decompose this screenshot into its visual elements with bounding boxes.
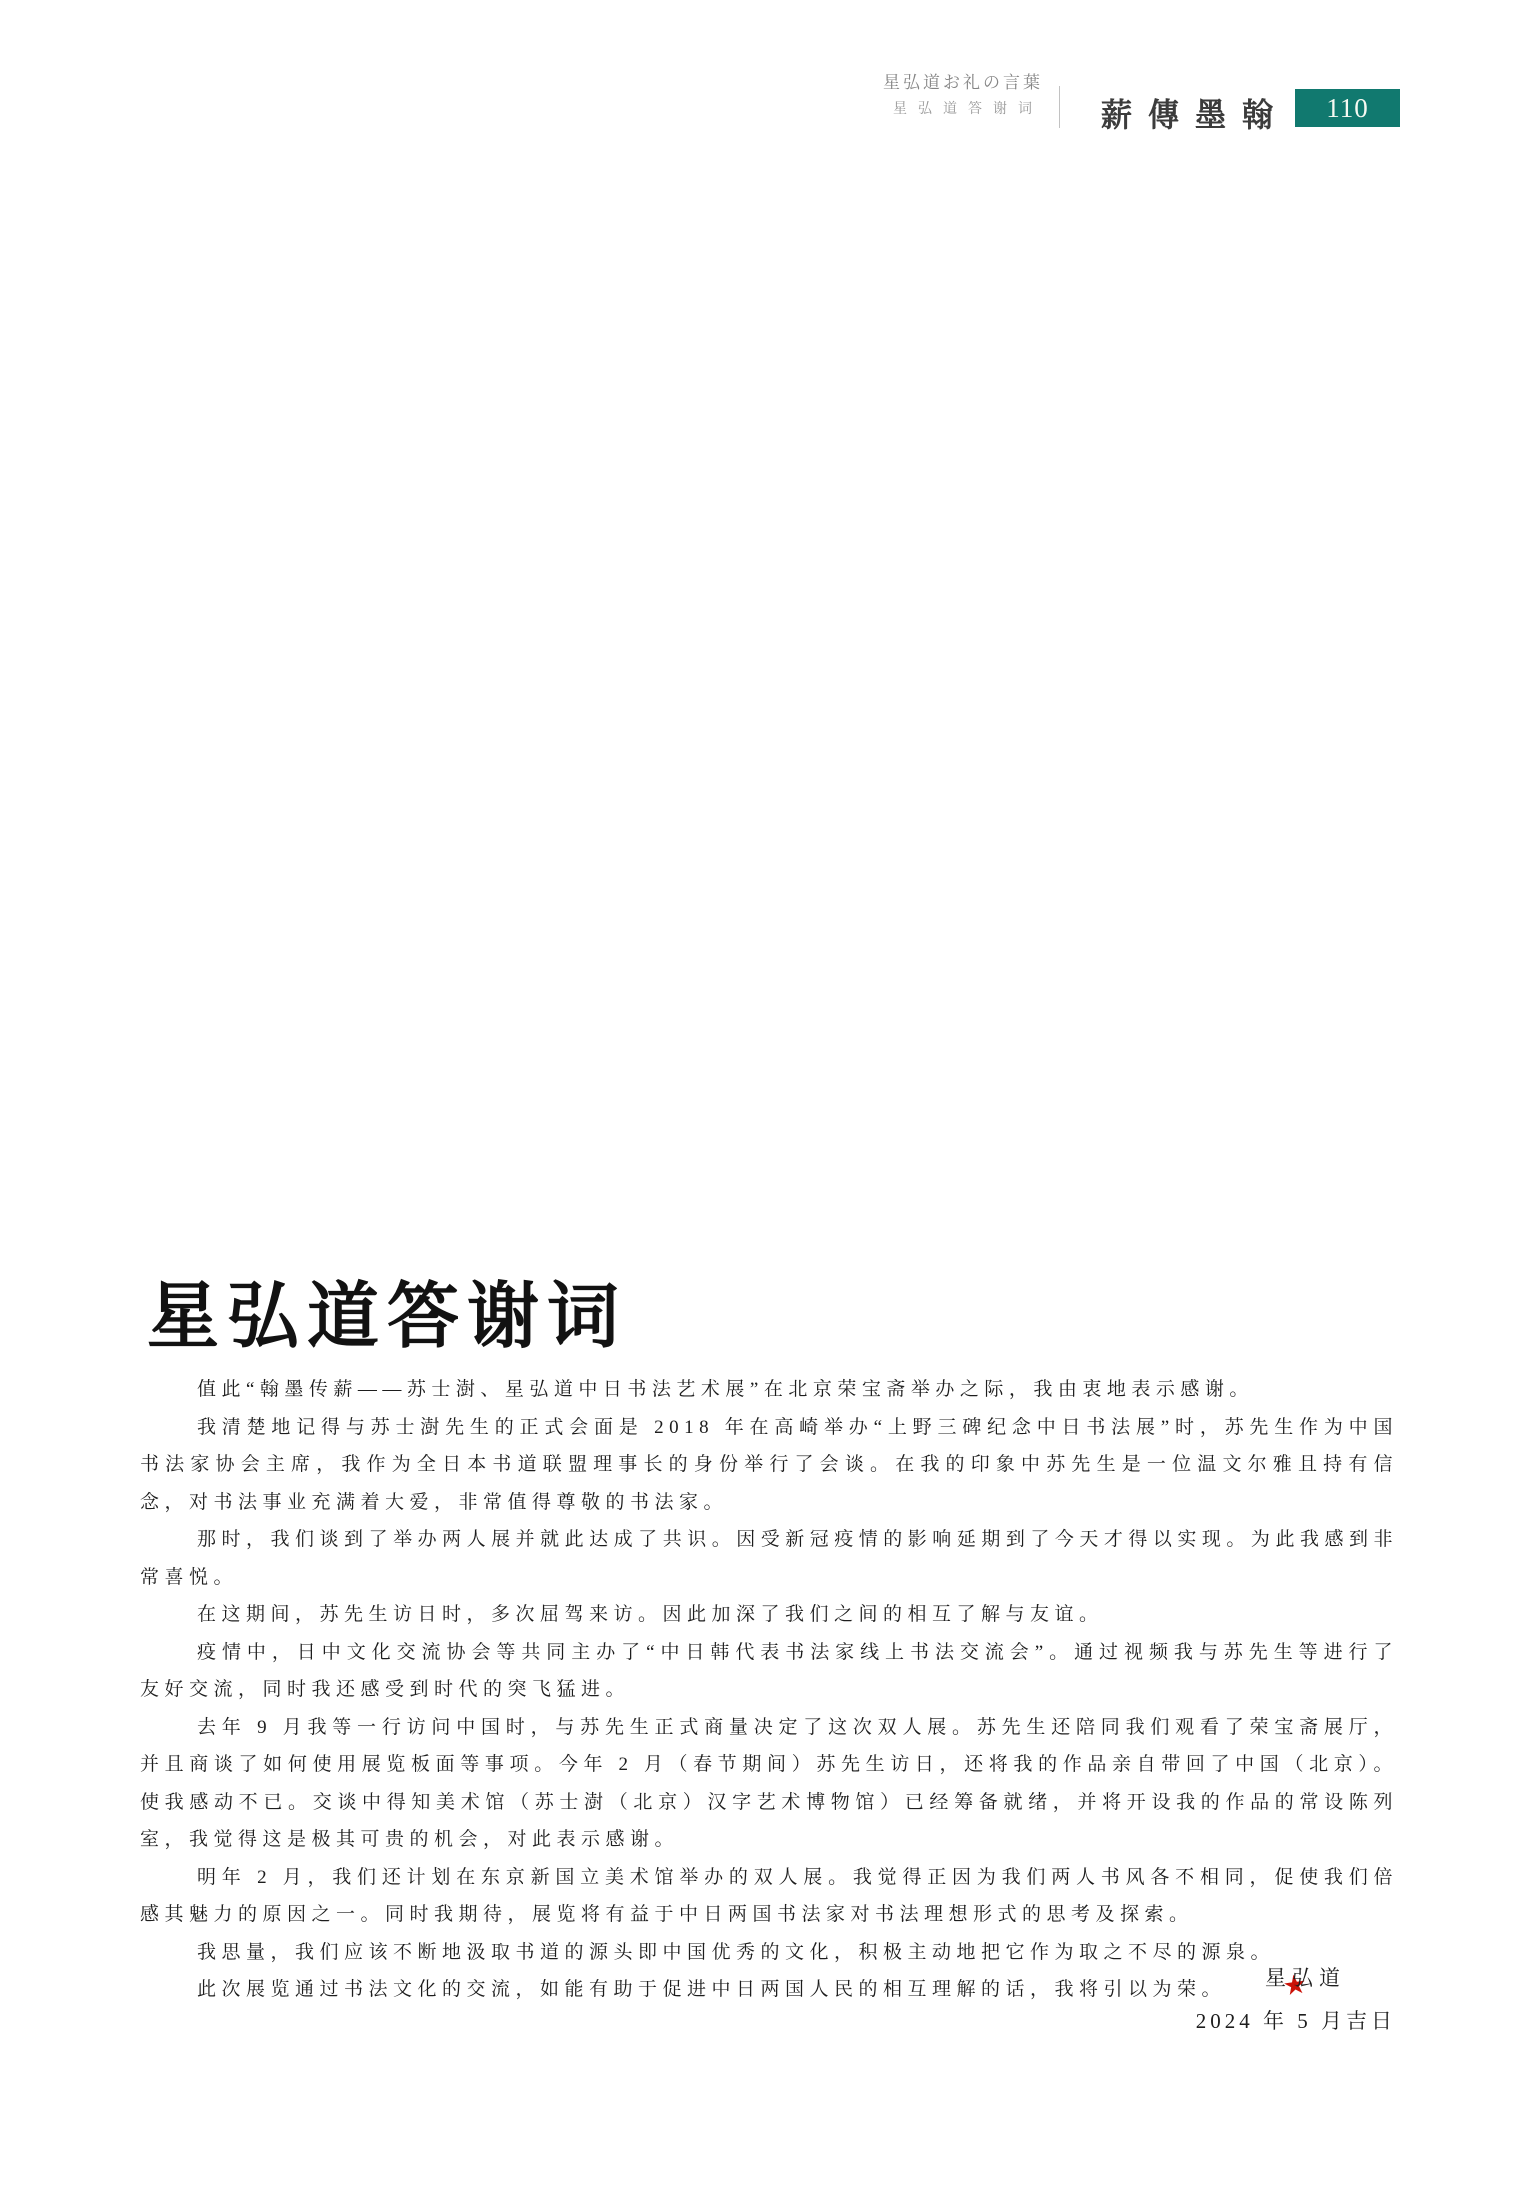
- page-number-badge: 110: [1295, 89, 1400, 127]
- paragraph: 明年 2 月，我们还计划在东京新国立美术馆举办的双人展。我觉得正因为我们两人书风…: [140, 1859, 1398, 1934]
- article-body: 值此“翰墨传薪——苏士澍、星弘道中日书法艺术展”在北京荣宝斋举办之际，我由衷地表…: [140, 1371, 1398, 2009]
- seal-script-masthead: 薪傳墨翰: [1101, 88, 1289, 135]
- running-title-chinese: 星弘道答谢词: [883, 101, 1043, 119]
- paragraph: 去年 9 月我等一行访问中国时，与苏先生正式商量决定了这次双人展。苏先生还陪同我…: [140, 1709, 1398, 1859]
- paragraph: 值此“翰墨传薪——苏士澍、星弘道中日书法艺术展”在北京荣宝斋举办之际，我由衷地表…: [140, 1371, 1398, 1409]
- running-header: 星弘道お礼の言葉 星弘道答谢词: [883, 72, 1043, 119]
- running-title-japanese: 星弘道お礼の言葉: [883, 72, 1043, 94]
- article-title: 星弘道答谢词: [147, 1258, 627, 1362]
- signature-block: 星弘道 2024 年 5 月吉日: [140, 1963, 1398, 2036]
- paragraph: 那时，我们谈到了举办两人展并就此达成了共识。因受新冠疫情的影响延期到了今天才得以…: [140, 1521, 1398, 1596]
- paragraph: 在这期间，苏先生访日时，多次屈驾来访。因此加深了我们之间的相互了解与友谊。: [140, 1596, 1398, 1634]
- signature-name: 星弘道: [140, 1963, 1398, 1993]
- magazine-page: 星弘道お礼の言葉 星弘道答谢词 薪傳墨翰 110 星弘道答谢词 值此“翰墨传薪—…: [0, 0, 1535, 2185]
- signature-date: 2024 年 5 月吉日: [140, 2006, 1398, 2036]
- paragraph: 我清楚地记得与苏士澍先生的正式会面是 2018 年在高崎举办“上野三碑纪念中日书…: [140, 1409, 1398, 1522]
- paragraph: 疫情中，日中文化交流协会等共同主办了“中日韩代表书法家线上书法交流会”。通过视频…: [140, 1634, 1398, 1709]
- header-divider: [1059, 86, 1060, 128]
